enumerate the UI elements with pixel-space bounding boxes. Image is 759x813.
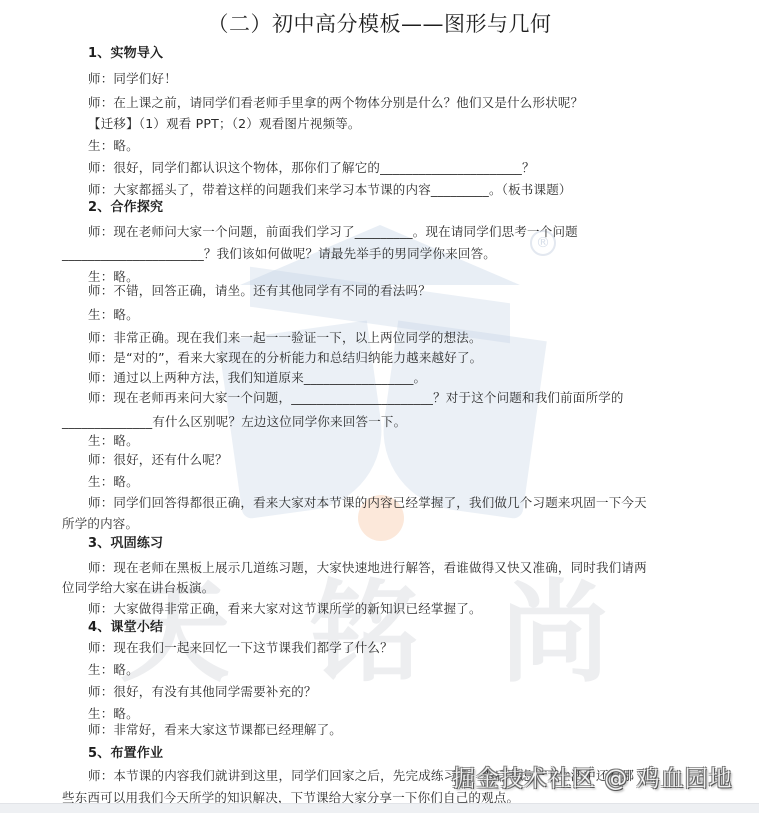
body-line: 位同学给大家在讲台板演。 (62, 580, 214, 596)
platform-credit-watermark: 掘金技术社区 @ 鸡血园地 (452, 760, 733, 793)
body-line: 生：略。 (88, 706, 139, 722)
body-line: 师：现在老师问大家一个问题，前面我们学习了_________。现在请同学们思考一… (88, 224, 578, 240)
body-line: 师：很好，有没有其他同学需要补充的？ (88, 684, 317, 700)
body-line: 生：略。 (88, 474, 139, 490)
body-line: 师：大家做得非常正确，看来大家对这节课所学的新知识已经掌握了。 (88, 601, 482, 617)
document-page: ® 天铭尚 （二）初中高分模板——图形与几何 1、实物导入师：同学们好！师：在上… (0, 0, 759, 803)
body-line: 师：同学们回答得都很正确，看来大家对本节课的内容已经掌握了，我们做几个习题来巩固… (88, 495, 647, 511)
section-heading: 5、布置作业 (88, 746, 163, 762)
body-line: 【迁移】（1）观看 PPT；（2）观看图片视频等。 (88, 116, 361, 132)
body-line: 师：现在我们一起来回忆一下这节课我们都学了什么？ (88, 640, 393, 656)
body-line: 所学的内容。 (62, 516, 138, 532)
body-line: 师：同学们好！ (88, 71, 177, 87)
body-line: 生：略。 (88, 307, 139, 323)
body-line: 师：很好，同学们都认识这个物体，那你们了解它的_________________… (88, 160, 535, 176)
body-line: 师：在上课之前，请同学们看老师手里拿的两个物体分别是什么？他们又是什么形状呢？ (88, 95, 583, 111)
bottom-bar (0, 803, 759, 813)
body-line: 师：很好，还有什么呢？ (88, 452, 228, 468)
body-line: 师：是“对的”，看来大家现在的分析能力和总结归纳能力越来越好了。 (88, 350, 482, 366)
body-line: 师：不错，回答正确，请坐。还有其他同学有不同的看法吗？ (88, 283, 431, 299)
body-line: 生：略。 (88, 433, 139, 449)
body-line: 师：非常好，看来大家这节课都已经理解了。 (88, 722, 342, 738)
body-line: 生：略。 (88, 138, 139, 154)
body-line: 师：通过以上两种方法，我们知道原来_________________。 (88, 370, 426, 386)
body-line: ______________________？我们该如何做呢？请最先举手的男同学… (62, 246, 496, 262)
body-line: 师：非常正确。现在我们来一起一一验证一下，以上两位同学的想法。 (88, 330, 482, 346)
body-line: 师：现在老师在黑板上展示几道练习题，大家快速地进行解答，看谁做得又快又准确，同时… (88, 560, 647, 576)
body-line: ______________有什么区别呢？左边这位同学你来回答一下。 (62, 414, 406, 430)
body-line: 生：略。 (88, 662, 139, 678)
section-heading: 1、实物导入 (88, 46, 163, 62)
section-heading: 4、课堂小结 (88, 620, 163, 636)
section-heading: 2、合作探究 (88, 200, 163, 216)
body-line: 师：现在老师再来问大家一个问题，______________________？对… (88, 390, 624, 406)
body-line: 师：大家都摇头了，带着这样的问题我们来学习本节课的内容_________。（板书… (88, 182, 572, 198)
document-title: （二）初中高分模板——图形与几何 (0, 8, 759, 38)
section-heading: 3、巩固练习 (88, 536, 163, 552)
